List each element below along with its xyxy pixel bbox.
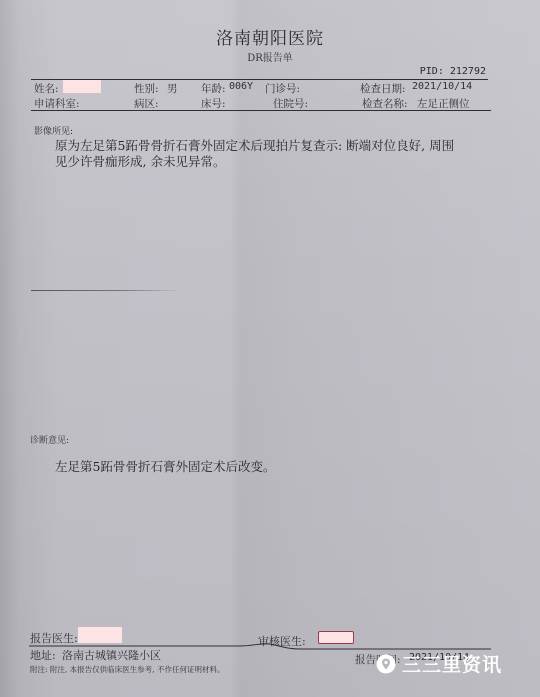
hospital-name: 洛南朝阳医院: [0, 24, 540, 49]
stray-pen-mark: [31, 290, 181, 291]
department-label: 申请科室:: [34, 96, 80, 111]
location-pin-icon: [376, 654, 396, 674]
exam-date-label: 检查日期:: [360, 81, 406, 96]
gender-value: 男: [167, 81, 178, 96]
address-value: 洛南古城镇兴隆小区: [62, 647, 161, 663]
outpatient-no-label: 门诊号:: [265, 81, 300, 96]
inpatient-no-label: 住院号:: [273, 96, 308, 111]
findings-label: 影像所见:: [34, 124, 73, 137]
exam-date-value: 2021/10/14: [412, 81, 472, 92]
address-label: 地址:: [30, 647, 56, 663]
age-label: 年龄:: [201, 81, 226, 96]
diagnosis-text: 左足第5跖骨骨折石膏外固定术后改变。: [55, 459, 275, 475]
diagnosis-label: 诊断意见:: [30, 433, 69, 446]
findings-line-2: 见少许骨痂形成, 余未见异常。: [55, 154, 225, 170]
name-label: 姓名:: [34, 81, 59, 96]
ward-label: 病区:: [134, 96, 159, 111]
exam-name-label: 检查名称:: [362, 96, 408, 111]
watermark: 三三里资讯: [376, 650, 502, 677]
report-type: DR报告单: [0, 49, 540, 64]
findings-line-1: 原为左足第5跖骨骨折石膏外固定术后现拍片复查示: 断端对位良好, 周围: [55, 138, 454, 154]
exam-name-value: 左足正侧位: [417, 96, 470, 111]
bed-label: 床号:: [201, 96, 226, 111]
footer-note: 附注: 附注, 本报告仅供临床医生参考, 不作任何证明材料。: [30, 664, 224, 675]
gender-label: 性别:: [134, 81, 159, 96]
watermark-text: 三三里资讯: [402, 650, 502, 677]
age-value: 006Y: [229, 81, 253, 92]
patient-id: PID: 212792: [420, 66, 486, 77]
header-bottom-rule: [31, 110, 491, 111]
name-redaction: [63, 80, 101, 93]
